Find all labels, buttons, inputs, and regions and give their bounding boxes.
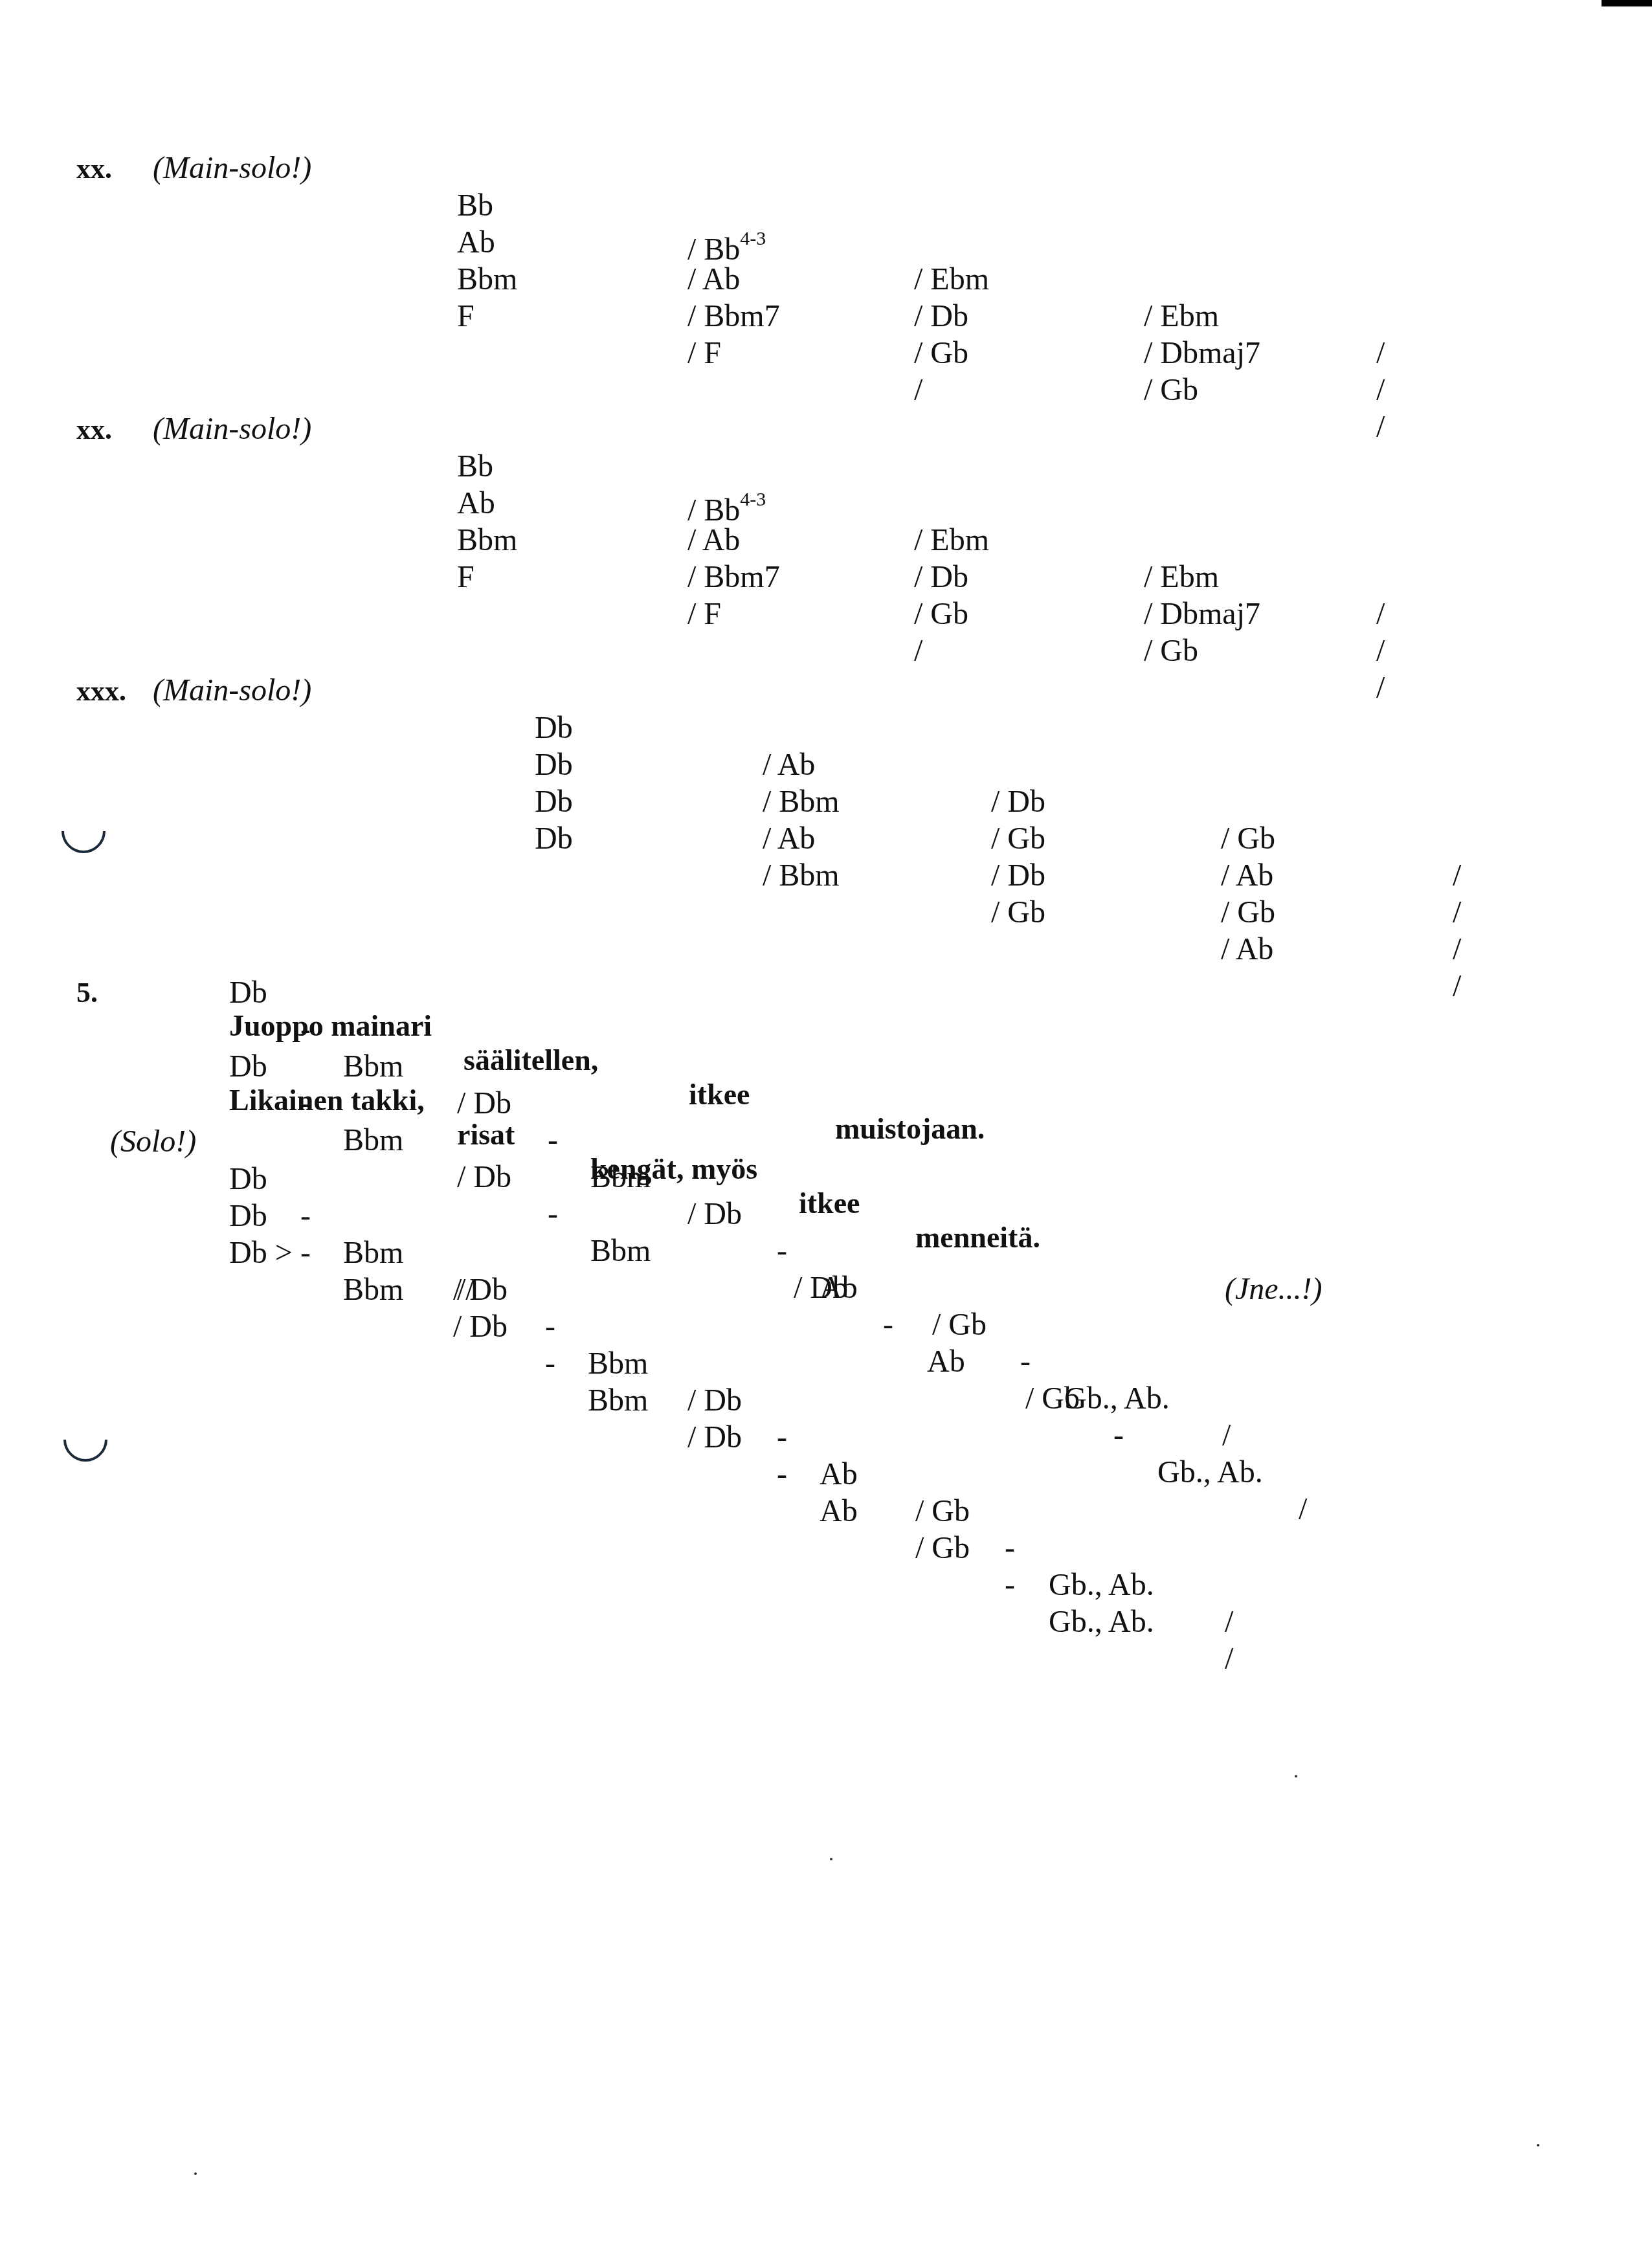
scan-speck <box>1537 2144 1539 2146</box>
punch-hole-mark <box>54 1409 117 1471</box>
punch-hole-mark <box>52 800 115 862</box>
continuation-note: (Jne...!) <box>1225 1271 1323 1307</box>
section-label: (Main-solo!) <box>153 150 311 186</box>
section-number: xxx. <box>76 674 126 708</box>
chord-line-ending: Db > // <box>229 1198 260 1345</box>
verse-number: 5. <box>76 976 98 1009</box>
section-number: xx. <box>76 413 112 446</box>
chord-row: F / F / <box>457 522 488 706</box>
scan-speck <box>830 1858 832 1860</box>
scan-speck <box>194 2172 197 2175</box>
scan-speck <box>1295 1775 1297 1778</box>
solo-label: (Solo!) <box>110 1124 196 1159</box>
section-label: (Main-solo!) <box>153 411 311 447</box>
section-label: (Main-solo!) <box>153 673 311 708</box>
section-number: xx. <box>76 152 112 185</box>
scan-edge-mark <box>1602 0 1652 6</box>
chord-row: Db / Bbm / Gb / Ab / <box>535 783 566 1042</box>
